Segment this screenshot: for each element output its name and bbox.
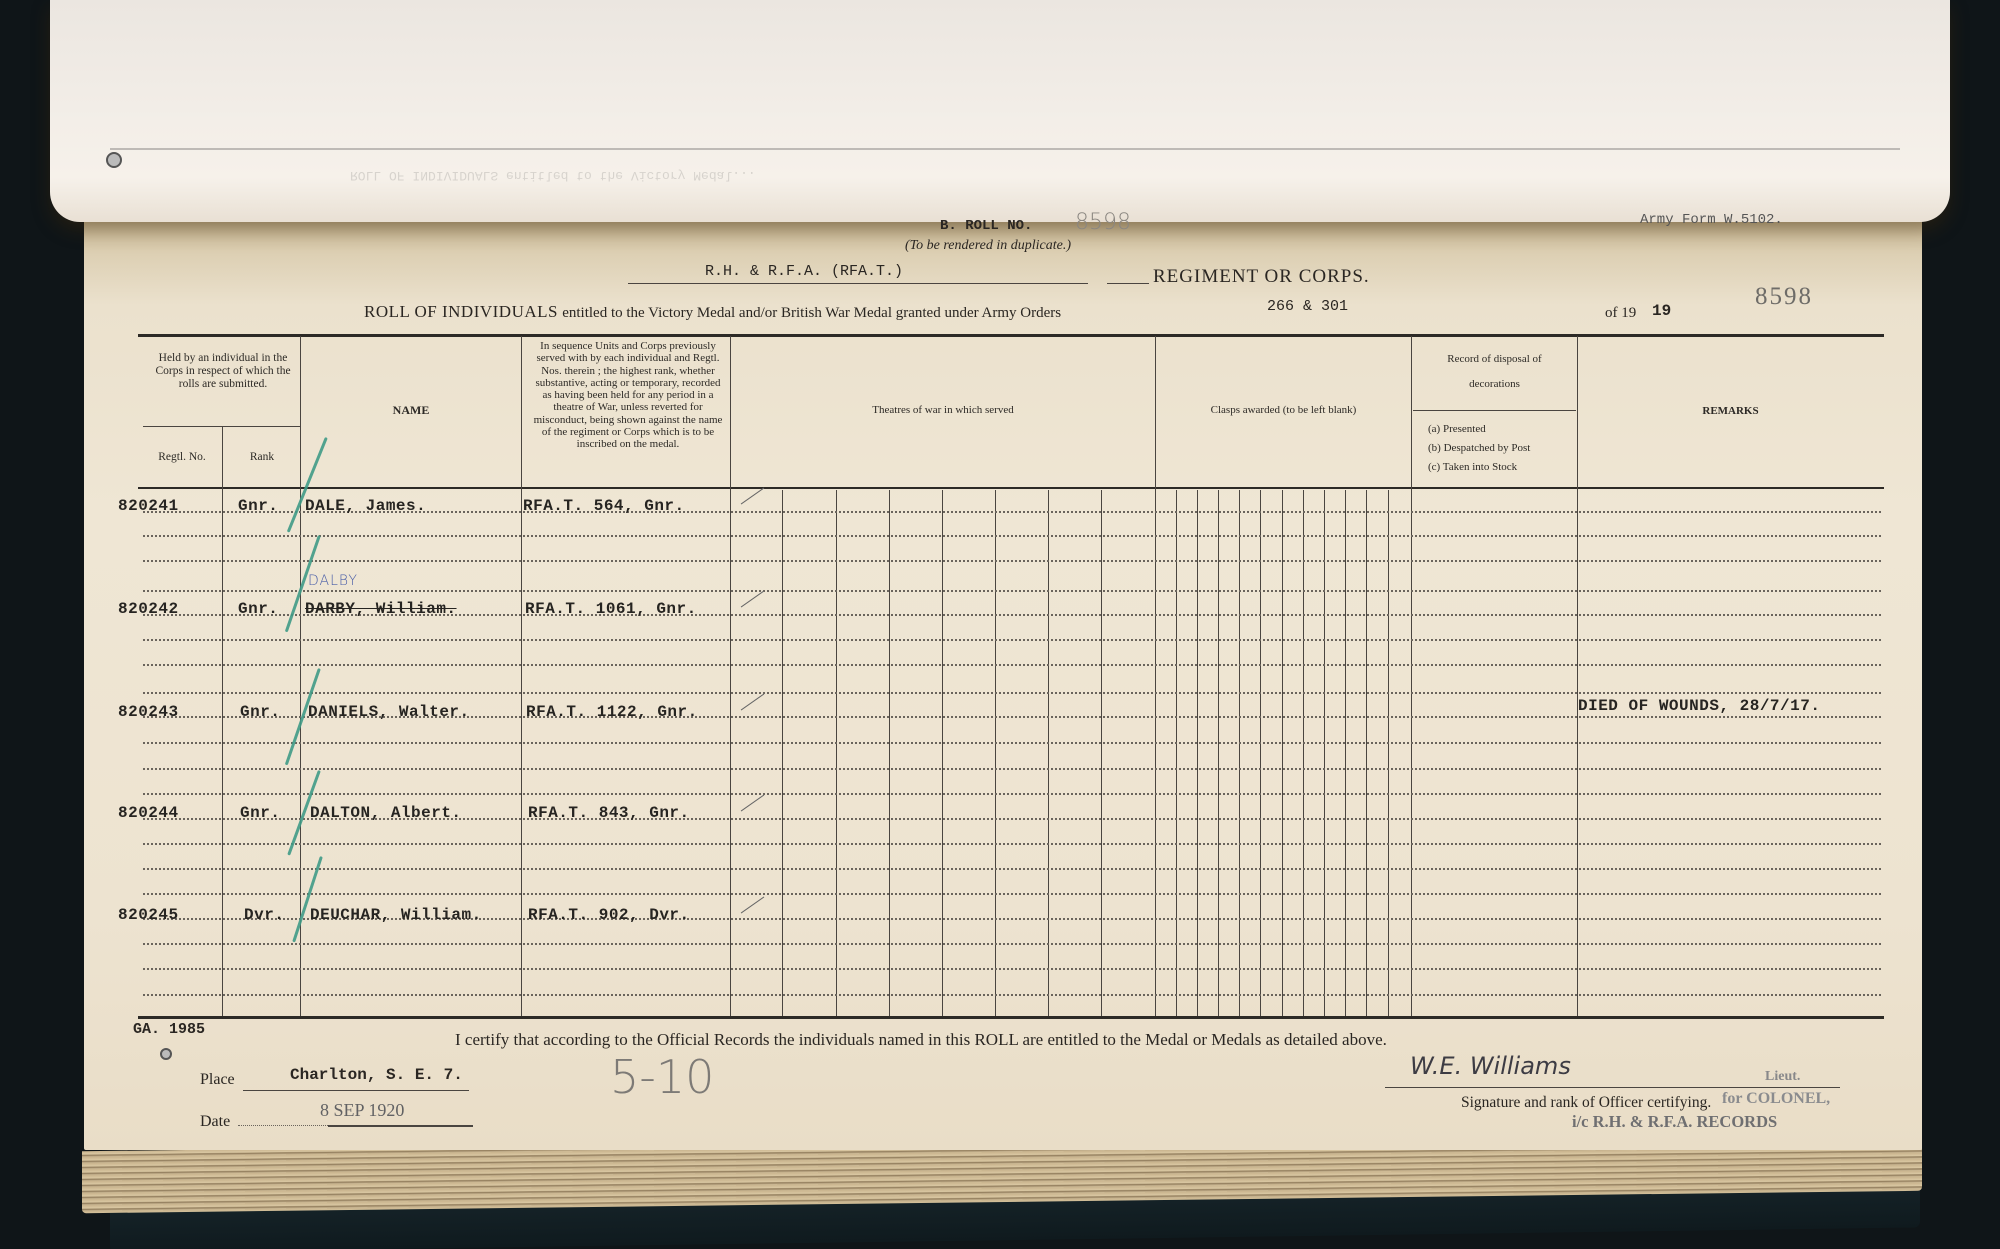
roll-title: ROLL OF INDIVIDUALS entitled to the Vict… <box>364 302 1061 322</box>
clasp-subcol <box>1260 490 1261 1016</box>
clasp-subcol <box>1366 490 1367 1016</box>
previous-page-leaf: ROLL OF INDIVIDUALS entitled to the Vict… <box>50 0 1950 222</box>
ruling-line <box>143 692 1881 694</box>
name-correction: DALBY <box>308 573 358 589</box>
ruling-line <box>143 768 1881 770</box>
name-cell: DANIELS, Walter. <box>308 703 470 721</box>
regtl-no-cell: 820243 <box>118 703 179 721</box>
col-divider-disposal <box>1577 336 1578 1016</box>
date-underline <box>328 1125 473 1127</box>
header-held-by: Held by an individual in the Corps in re… <box>148 352 298 391</box>
rank-cell: Gnr. <box>238 497 278 515</box>
clasp-subcol <box>1303 490 1304 1016</box>
clasp-subcol <box>1176 490 1177 1016</box>
regtl-no-cell: 820245 <box>118 906 179 924</box>
of-year-value: 19 <box>1652 302 1671 320</box>
col-divider-regtl <box>222 427 223 1016</box>
theatre-subcol <box>995 490 996 1016</box>
theatre-subcol <box>1101 490 1102 1016</box>
name-cell: DARBY, William. <box>305 600 457 618</box>
table-bottom-border <box>138 1016 1884 1019</box>
ruling-line <box>143 742 1881 744</box>
held-by-divider <box>143 426 300 427</box>
rank-cell: Gnr. <box>238 600 278 618</box>
units-cell: RFA.T. 843, Gnr. <box>528 804 690 822</box>
units-cell: RFA.T. 1122, Gnr. <box>526 703 698 721</box>
ruling-line <box>143 590 1881 592</box>
col-divider-clasps <box>1411 336 1412 1016</box>
army-form-label: Army Form W.5102. <box>1640 212 1783 228</box>
theatre-subcol <box>836 490 837 1016</box>
clasp-subcol <box>1388 490 1389 1016</box>
ruling-line <box>143 843 1881 845</box>
header-disposal-c: (c) Taken into Stock <box>1428 461 1517 474</box>
name-cell: DEUCHAR, William. <box>310 906 482 924</box>
disposal-divider <box>1413 410 1576 411</box>
of-year-label: of 19 <box>1605 305 1636 322</box>
leaf-rule <box>110 148 1900 150</box>
rank-stamp-lieut: Lieut. <box>1765 1069 1800 1085</box>
ruling-line <box>143 893 1881 895</box>
clasp-subcol <box>1218 490 1219 1016</box>
ruling-line <box>143 560 1881 562</box>
ruling-line <box>143 994 1881 996</box>
punch-hole <box>106 152 122 168</box>
header-disposal-a: (a) Presented <box>1428 423 1486 436</box>
ruling-line <box>143 664 1881 666</box>
ruling-line <box>143 968 1881 970</box>
header-rank: Rank <box>224 451 300 464</box>
signature-label: Signature and rank of Officer certifying… <box>1461 1094 1711 1112</box>
place-label: Place <box>200 1071 235 1089</box>
clasp-subcol <box>1239 490 1240 1016</box>
table-top-border <box>138 334 1884 337</box>
date-underline-dotted <box>238 1125 328 1126</box>
header-disposal-title2: decorations <box>1413 378 1576 391</box>
table-header-bottom-border <box>138 487 1884 489</box>
rank-cell: Dvr. <box>244 906 284 924</box>
handwritten-note: 5-10 <box>610 1050 714 1104</box>
show-through-text: ROLL OF INDIVIDUALS entitled to the Vict… <box>350 168 756 183</box>
header-units: In sequence Units and Corps previously s… <box>530 340 726 451</box>
remarks-cell: DIED OF WOUNDS, 28/7/17. <box>1578 697 1820 715</box>
place-value: Charlton, S. E. 7. <box>290 1066 463 1084</box>
duplicate-note: (To be rendered in duplicate.) <box>905 238 1071 254</box>
officer-signature: W.E. Williams <box>1410 1052 1571 1080</box>
roll-number-label: B. ROLL NO. <box>940 218 1032 234</box>
col-divider-name <box>521 336 522 1016</box>
col-divider-units <box>730 336 731 1016</box>
header-disposal-title: Record of disposal of <box>1413 353 1576 366</box>
units-cell: RFA.T. 902, Dvr. <box>528 906 690 924</box>
header-clasps: Clasps awarded (to be left blank) <box>1157 404 1410 417</box>
rank-stamp-colonel: for COLONEL, <box>1722 1090 1830 1108</box>
theatre-subcol <box>782 490 783 1016</box>
theatre-subcol <box>942 490 943 1016</box>
ruling-line <box>143 535 1881 537</box>
header-regtl-no: Regtl. No. <box>143 451 221 464</box>
rank-stamp-records: i/c R.H. & R.F.A. RECORDS <box>1572 1112 1777 1132</box>
certification-text: I certify that according to the Official… <box>455 1030 1387 1050</box>
col-divider-theatres <box>1155 336 1156 1016</box>
ruling-line <box>143 793 1881 795</box>
header-theatres: Theatres of war in which served <box>732 404 1154 417</box>
clasp-subcol <box>1324 490 1325 1016</box>
regiment-underline-2 <box>1107 283 1149 284</box>
roll-title-main: ROLL OF INDIVIDUALS <box>364 302 558 321</box>
regtl-no-cell: 820244 <box>118 804 179 822</box>
clasp-subcol <box>1345 490 1346 1016</box>
roll-number-handwritten: 8598 <box>1075 210 1131 235</box>
header-name: NAME <box>302 404 520 417</box>
regiment-underline <box>628 283 1088 284</box>
regiment-label: REGIMENT OR CORPS. <box>1153 266 1370 288</box>
date-stamp: 8 SEP 1920 <box>320 1100 404 1121</box>
ledger-page <box>84 215 1922 1150</box>
date-label: Date <box>200 1113 230 1131</box>
rank-cell: Gnr. <box>240 703 280 721</box>
army-orders: 266 & 301 <box>1267 298 1348 315</box>
stamped-roll-number: 8598 <box>1755 283 1813 311</box>
place-underline <box>243 1090 469 1091</box>
header-remarks: REMARKS <box>1579 405 1882 418</box>
theatre-subcol <box>1048 490 1049 1016</box>
punch-hole <box>160 1048 172 1060</box>
ruling-line <box>143 943 1881 945</box>
regtl-no-cell: 820241 <box>118 497 179 515</box>
rank-cell: Gnr. <box>240 804 280 822</box>
ruling-line <box>143 868 1881 870</box>
clasp-subcol <box>1197 490 1198 1016</box>
regtl-no-cell: 820242 <box>118 600 179 618</box>
header-disposal-b: (b) Despatched by Post <box>1428 442 1530 455</box>
regiment-value: R.H. & R.F.A. (RFA.T.) <box>705 263 903 280</box>
signature-underline <box>1385 1087 1840 1088</box>
units-cell: RFA.T. 564, Gnr. <box>523 497 685 515</box>
ruling-line <box>143 639 1881 641</box>
name-cell: DALTON, Albert. <box>310 804 462 822</box>
units-cell: RFA.T. 1061, Gnr. <box>525 600 697 618</box>
name-cell: DALE, James. <box>305 497 426 515</box>
roll-title-sub: entitled to the Victory Medal and/or Bri… <box>562 305 1061 321</box>
clasp-subcol <box>1282 490 1283 1016</box>
theatre-subcol <box>889 490 890 1016</box>
form-code: GA. 1985 <box>133 1021 205 1038</box>
